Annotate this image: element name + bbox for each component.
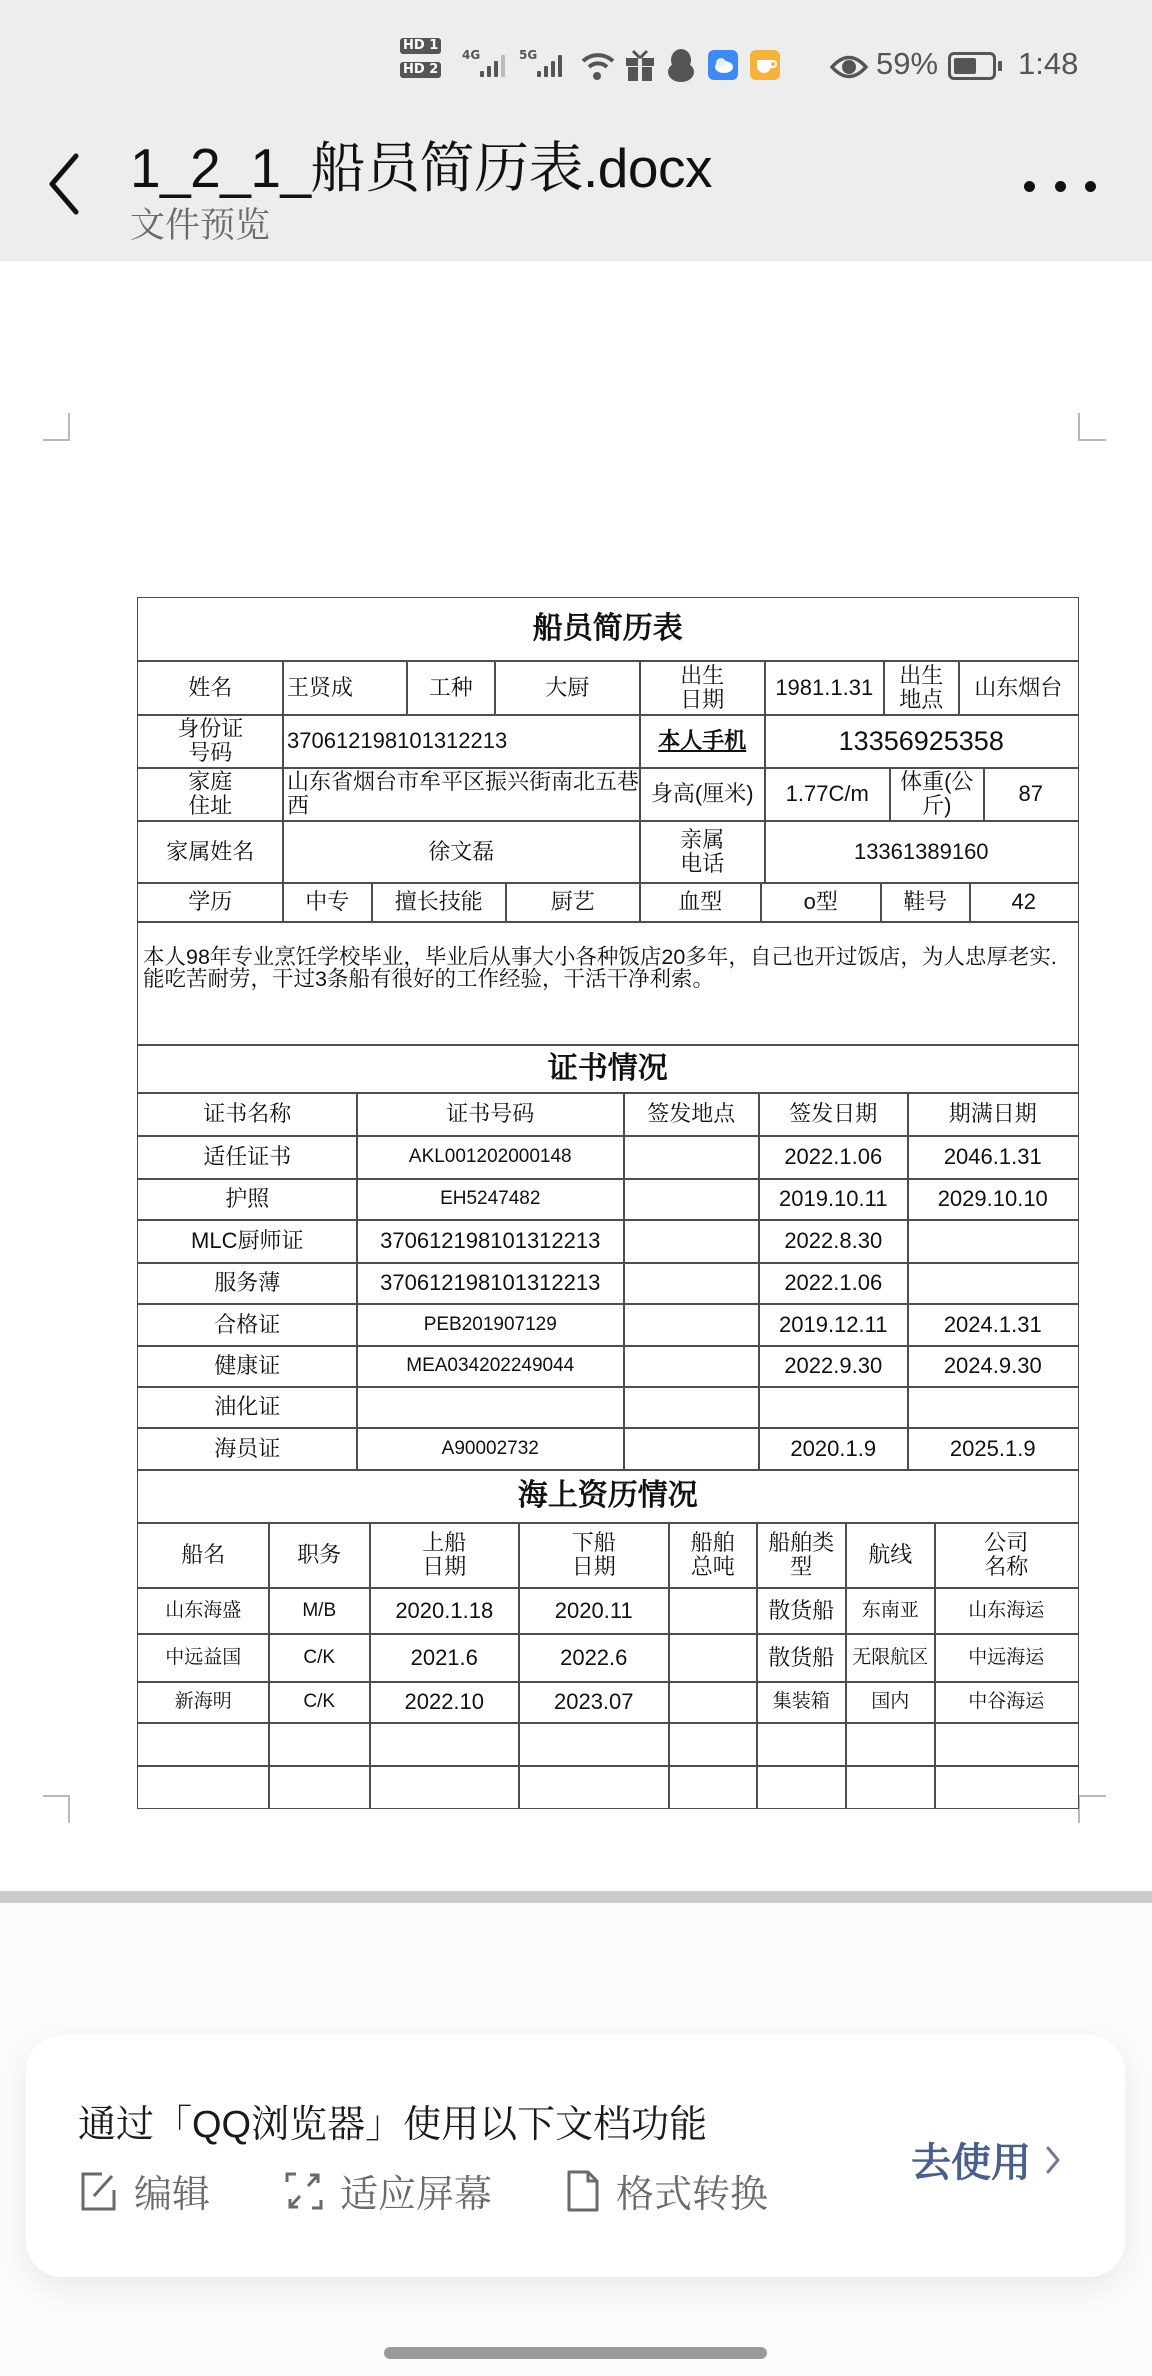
cell-job: 大厨 [494, 660, 641, 716]
more-options-button[interactable] [1024, 170, 1096, 202]
cell-phone: 13356925358 [764, 714, 1079, 769]
cell-shoe-label: 鞋号 [880, 882, 971, 923]
cell-text: 2020.11 [555, 1599, 633, 1623]
cell-text: 职务 [297, 1543, 341, 1567]
dot [1055, 181, 1066, 192]
cell-name-label: 姓名 [137, 660, 284, 716]
feature-edit[interactable]: 编辑 [80, 2163, 210, 2218]
cell-text: 家庭住址 [188, 770, 232, 818]
cell-text: 油化证 [214, 1395, 280, 1419]
page-corner-mark [43, 1795, 70, 1823]
sea-row-cell [137, 1722, 270, 1767]
cell-text: 学历 [188, 890, 232, 914]
edit-icon [80, 2170, 118, 2212]
cell-address-label: 家庭住址 [137, 767, 284, 822]
cell-weight-label: 体重(公斤) [889, 767, 985, 822]
cell-text: 亲属电话 [680, 828, 724, 876]
cell-text: PEB201907129 [424, 1313, 557, 1337]
network-5g-label: 5G [519, 48, 537, 62]
sea-row-cell: C/K [268, 1633, 371, 1683]
sea-row-cell [369, 1722, 520, 1767]
cell-text: 2023.07 [554, 1690, 634, 1714]
signal-bars-icon [480, 55, 505, 77]
gift-icon [623, 48, 657, 82]
sea-row-cell: 国内 [845, 1681, 936, 1724]
cell-text: 出生地点 [899, 664, 943, 712]
signal-bars-icon [537, 55, 562, 77]
feature-format-convert[interactable]: 格式转换 [566, 2163, 768, 2218]
cell-text: 2020.1.9 [790, 1437, 876, 1461]
cert-row-cell: 海员证 [137, 1427, 358, 1471]
clock: 1:48 [1018, 46, 1078, 82]
sea-row-cell [137, 1765, 270, 1809]
cell-text: 船员简历表 [533, 617, 683, 641]
feature-fit-screen-label: 适应屏幕 [340, 2163, 492, 2218]
section-title-certificates: 证书情况 [137, 1044, 1079, 1094]
sea-row-cell: 2021.6 [369, 1633, 520, 1683]
feature-fit-screen[interactable]: 适应屏幕 [284, 2163, 492, 2218]
sea-row-cell [845, 1765, 936, 1809]
sea-row-cell: 无限航区 [845, 1633, 936, 1683]
document-heading: 船员简历表 [137, 597, 1079, 662]
cell-text: 本人手机 [658, 729, 746, 753]
cell-text: 无限航区 [852, 1646, 928, 1670]
cell-birthplace-label: 出生地点 [883, 660, 960, 716]
cell-skill-label: 擅长技能 [371, 882, 507, 923]
cert-row-cell: 2022.8.30 [758, 1219, 909, 1264]
cert-row-cell: 护照 [137, 1178, 358, 1221]
cell-text: 健康证 [214, 1354, 280, 1378]
dot [1085, 181, 1096, 192]
sea-row-cell [756, 1722, 847, 1767]
cell-text: 370612198101312213 [380, 1271, 600, 1295]
cell-text: 徐文磊 [428, 840, 494, 864]
cert-row-cell: 370612198101312213 [356, 1262, 625, 1305]
cell-name: 王贤成 [282, 660, 408, 716]
cell-text: 本人98年专业烹饪学校毕业，毕业后从事大小各种饭店20多年，自己也开过饭店，为人… [143, 946, 1074, 990]
cell-blood-label: 血型 [639, 882, 762, 923]
cell-text: 2022.8.30 [784, 1229, 882, 1253]
cell-text: 适任证书 [203, 1145, 291, 1169]
cert-row-cell: 2046.1.31 [907, 1135, 1079, 1180]
cert-row-cell: 2019.12.11 [758, 1303, 909, 1347]
sea-row-cell: 中远益国 [137, 1633, 270, 1683]
sea-header-cell: 船名 [137, 1522, 270, 1589]
sea-row-cell: 东南亚 [845, 1587, 936, 1635]
cell-text: 山东海盛 [165, 1599, 241, 1623]
cell-birthdate-label: 出生日期 [639, 660, 766, 716]
cell-text: 航线 [868, 1543, 912, 1567]
cell-text: 鞋号 [903, 890, 947, 914]
cell-text: 公司名称 [984, 1531, 1028, 1579]
cell-text: 下船日期 [572, 1531, 616, 1579]
sea-header-cell: 下船日期 [518, 1522, 670, 1589]
more-horizontal-icon [1024, 181, 1035, 192]
cell-id: 370612198101312213 [282, 714, 641, 769]
sea-row-cell [934, 1765, 1079, 1809]
sea-row-cell: 2023.07 [518, 1681, 670, 1724]
cloud-app-icon [708, 50, 738, 80]
cert-row-cell: A90002732 [356, 1427, 625, 1471]
cell-text: 山东烟台 [974, 676, 1062, 700]
cell-text: AKL001202000148 [409, 1145, 572, 1169]
cell-text: 2022.10 [404, 1690, 484, 1714]
cell-height: 1.77C/m [764, 767, 891, 822]
cert-row-cell [623, 1135, 760, 1180]
cell-text: 姓名 [188, 676, 232, 700]
cell-text: 2022.1.06 [784, 1271, 882, 1295]
cell-text: 2019.10.11 [779, 1187, 887, 1211]
cell-text: 合格证 [214, 1313, 280, 1337]
sea-row-cell: M/B [268, 1587, 371, 1635]
cert-header-cell: 证书号码 [356, 1092, 625, 1137]
cell-text: 87 [1019, 782, 1043, 806]
wifi-icon [580, 50, 616, 82]
sea-row-cell: 2022.6 [518, 1633, 670, 1683]
cert-row-cell [907, 1386, 1079, 1429]
cell-text: 血型 [678, 890, 722, 914]
cell-text: 2019.12.11 [779, 1313, 887, 1337]
cell-text: 国内 [871, 1690, 909, 1714]
sea-row-cell [934, 1722, 1079, 1767]
cert-row-cell: 2022.1.06 [758, 1262, 909, 1305]
cell-text: M/B [302, 1599, 336, 1623]
cell-weight: 87 [983, 767, 1079, 822]
cert-row-cell: 2029.10.10 [907, 1178, 1079, 1221]
cell-text: 证书号码 [446, 1102, 534, 1126]
cell-text: A90002732 [442, 1437, 539, 1461]
cell-text: 2022.1.06 [784, 1145, 882, 1169]
cell-text: 2046.1.31 [944, 1145, 1042, 1169]
cell-family-phone-label: 亲属电话 [639, 820, 766, 884]
cert-row-cell: 2020.1.9 [758, 1427, 909, 1471]
feature-edit-label: 编辑 [134, 2163, 210, 2218]
cert-row-cell: 油化证 [137, 1386, 358, 1429]
cell-text: 2029.10.10 [938, 1187, 1048, 1211]
qq-penguin-icon [666, 48, 696, 82]
cell-text: 大厨 [545, 676, 589, 700]
sea-row-cell: 山东海盛 [137, 1587, 270, 1635]
document-subtitle: 文件预览 [130, 198, 270, 248]
self-description: 本人98年专业烹饪学校毕业，毕业后从事大小各种饭店20多年，自己也开过饭店，为人… [137, 921, 1079, 1046]
cert-row-cell [758, 1386, 909, 1429]
sea-row-cell: 山东海运 [934, 1587, 1079, 1635]
cert-row-cell: 370612198101312213 [356, 1219, 625, 1264]
back-button[interactable] [40, 150, 90, 216]
cert-row-cell [623, 1386, 760, 1429]
sea-row-cell: C/K [268, 1681, 371, 1724]
cell-text: o型 [804, 890, 838, 914]
cell-text: 42 [1012, 890, 1036, 914]
cell-edu-label: 学历 [137, 882, 284, 923]
sea-row-cell: 散货船 [756, 1633, 847, 1683]
cell-shoe: 42 [969, 882, 1079, 923]
cell-text: 家属姓名 [166, 840, 254, 864]
cell-job-label: 工种 [406, 660, 496, 716]
qq-browser-promo-card: 通过「QQ浏览器」使用以下文档功能 编辑 适应屏幕 格式转换 去使用 [26, 2035, 1125, 2277]
cell-text: 身高(厘米) [651, 782, 754, 806]
cell-text: 体重(公斤) [900, 770, 973, 818]
cert-row-cell: 2024.9.30 [907, 1345, 1079, 1388]
sim1-badge: HD 1 [400, 38, 441, 54]
cell-text: 1981.1.31 [775, 676, 873, 700]
cert-row-cell [907, 1219, 1079, 1264]
cert-row-cell [907, 1262, 1079, 1305]
cell-text: 服务薄 [214, 1271, 280, 1295]
document-title: 1_2_1_船员简历表.docx [130, 124, 712, 203]
page-corner-mark [43, 413, 70, 441]
sea-header-cell: 船舶类型 [756, 1522, 847, 1589]
sea-row-cell [268, 1765, 371, 1809]
page-separator [0, 1891, 1152, 1903]
sea-row-cell: 中远海运 [934, 1633, 1079, 1683]
cell-text: 船名 [181, 1543, 225, 1567]
network-4g-label: 4G [462, 48, 480, 62]
sea-row-cell: 中谷海运 [934, 1681, 1079, 1724]
cell-family-phone: 13361389160 [764, 820, 1079, 884]
cell-text: 2024.1.31 [944, 1313, 1042, 1337]
cell-text: 签发日期 [789, 1102, 877, 1126]
cell-text: EH5247482 [440, 1187, 540, 1211]
cell-text: 船舶总吨 [691, 1531, 735, 1579]
cell-text: 中谷海运 [968, 1690, 1044, 1714]
cell-text: 山东省烟台市牟平区振兴街南北五巷西 [287, 770, 640, 818]
file-convert-icon [566, 2169, 600, 2213]
sea-row-cell: 散货船 [756, 1587, 847, 1635]
cell-text: 证书情况 [548, 1057, 668, 1081]
battery-icon [948, 52, 996, 80]
cert-row-cell: 服务薄 [137, 1262, 358, 1305]
cert-row-cell: AKL001202000148 [356, 1135, 625, 1180]
sea-row-cell: 集装箱 [756, 1681, 847, 1724]
sim-indicators: HD 1 HD 2 [400, 38, 452, 86]
cell-text: 中远益国 [165, 1646, 241, 1670]
cell-text: 2022.9.30 [784, 1354, 882, 1378]
cert-row-cell: 健康证 [137, 1345, 358, 1388]
cert-header-cell: 证书名称 [137, 1092, 358, 1137]
cell-text: MLC厨师证 [191, 1229, 303, 1253]
cell-text: 1.77C/m [786, 782, 869, 806]
page-corner-mark [1078, 413, 1106, 441]
sea-row-cell [268, 1722, 371, 1767]
cert-row-cell: 2022.9.30 [758, 1345, 909, 1388]
cup-app-icon [750, 50, 780, 80]
cell-text: 散货船 [768, 1599, 834, 1623]
cell-family: 徐文磊 [282, 820, 641, 884]
sea-header-cell: 航线 [845, 1522, 936, 1589]
cert-row-cell [623, 1178, 760, 1221]
cell-text: 护照 [225, 1187, 269, 1211]
battery-percent: 59% [876, 46, 938, 82]
sea-row-cell [756, 1765, 847, 1809]
cert-row-cell [356, 1386, 625, 1429]
sea-row-cell [518, 1722, 670, 1767]
chevron-right-icon [1045, 2145, 1061, 2175]
sea-row-cell: 新海明 [137, 1681, 270, 1724]
cell-birthdate: 1981.1.31 [764, 660, 885, 716]
cell-edu: 中专 [282, 882, 373, 923]
sea-header-cell: 职务 [268, 1522, 371, 1589]
cell-birthplace: 山东烟台 [958, 660, 1079, 716]
feature-format-convert-label: 格式转换 [616, 2163, 768, 2218]
cell-text: C/K [303, 1646, 335, 1670]
cell-text: C/K [303, 1690, 335, 1714]
cell-family-label: 家属姓名 [137, 820, 284, 884]
cert-row-cell [623, 1219, 760, 1264]
cell-phone-label: 本人手机 [639, 714, 766, 769]
cell-id-label: 身份证号码 [137, 714, 284, 769]
cell-text: 山东海运 [968, 1599, 1044, 1623]
cell-text: 期满日期 [949, 1102, 1037, 1126]
cell-text: 2021.6 [411, 1646, 478, 1670]
cert-header-cell: 签发地点 [623, 1092, 760, 1137]
sim2-badge: HD 2 [400, 62, 441, 78]
cell-text: 海上资历情况 [518, 1484, 698, 1508]
eye-comfort-icon [830, 54, 868, 80]
go-use-button[interactable]: 去使用 [911, 2131, 1061, 2188]
cell-text: 擅长技能 [395, 890, 483, 914]
cert-row-cell [623, 1427, 760, 1471]
cell-text: 身份证号码 [177, 717, 243, 765]
sea-header-cell: 船舶总吨 [668, 1522, 758, 1589]
top-app-bar: HD 1 HD 2 4G 5G 59% 1:48 1_2_1_船员简历表.doc… [0, 0, 1152, 261]
cert-row-cell [623, 1262, 760, 1305]
cell-text: 证书名称 [203, 1102, 291, 1126]
cell-blood: o型 [760, 882, 882, 923]
cell-text: 集装箱 [773, 1690, 830, 1714]
cell-text: 中远海运 [968, 1646, 1044, 1670]
cell-address: 山东省烟台市牟平区振兴街南北五巷西 [282, 767, 641, 822]
cert-header-cell: 签发日期 [758, 1092, 909, 1137]
sea-header-cell: 上船日期 [369, 1522, 520, 1589]
sea-row-cell [845, 1722, 936, 1767]
section-title-sea-service: 海上资历情况 [137, 1469, 1079, 1524]
cell-text: MEA034202249044 [406, 1354, 574, 1378]
cell-text: 厨艺 [551, 890, 595, 914]
cell-text: 上船日期 [422, 1531, 466, 1579]
page-corner-mark [1078, 1795, 1106, 1823]
sea-row-cell [668, 1765, 758, 1809]
cell-text: 13356925358 [839, 729, 1004, 753]
cell-skill: 厨艺 [505, 882, 641, 923]
cell-text: 370612198101312213 [380, 1229, 600, 1253]
cell-text: 王贤成 [287, 676, 353, 700]
cell-text: 新海明 [175, 1690, 232, 1714]
sea-row-cell: 2020.11 [518, 1587, 670, 1635]
cert-row-cell [623, 1303, 760, 1347]
cell-text: 13361389160 [854, 840, 989, 864]
sea-row-cell [369, 1765, 520, 1809]
cert-row-cell: 2022.1.06 [758, 1135, 909, 1180]
sea-row-cell: 2022.10 [369, 1681, 520, 1724]
cert-row-cell: 适任证书 [137, 1135, 358, 1180]
promo-title: 通过「QQ浏览器」使用以下文档功能 [78, 2093, 707, 2148]
cell-text: 2025.1.9 [950, 1437, 1036, 1461]
home-indicator[interactable] [384, 2347, 767, 2359]
cell-text: 中专 [305, 890, 349, 914]
cert-row-cell: 2019.10.11 [758, 1178, 909, 1221]
cert-row-cell: PEB201907129 [356, 1303, 625, 1347]
cell-text: 海员证 [214, 1437, 280, 1461]
cell-text: 370612198101312213 [287, 729, 507, 753]
sea-row-cell: 2020.1.18 [369, 1587, 520, 1635]
cert-row-cell: MLC厨师证 [137, 1219, 358, 1264]
sea-header-cell: 公司名称 [934, 1522, 1079, 1589]
cert-row-cell [623, 1345, 760, 1388]
sea-row-cell [668, 1587, 758, 1635]
cell-text: 出生日期 [680, 664, 724, 712]
go-use-label: 去使用 [911, 2131, 1031, 2188]
cell-text: 散货船 [768, 1646, 834, 1670]
cell-text: 2022.6 [560, 1646, 627, 1670]
cell-height-label: 身高(厘米) [639, 767, 766, 822]
cell-text: 工种 [429, 676, 473, 700]
cell-text: 签发地点 [647, 1102, 735, 1126]
cell-text: 2024.9.30 [944, 1354, 1042, 1378]
sea-row-cell [668, 1681, 758, 1724]
sea-row-cell [668, 1722, 758, 1767]
cert-row-cell: MEA034202249044 [356, 1345, 625, 1388]
cert-header-cell: 期满日期 [907, 1092, 1079, 1137]
fit-screen-icon [284, 2170, 324, 2212]
cert-row-cell: 合格证 [137, 1303, 358, 1347]
cert-row-cell: EH5247482 [356, 1178, 625, 1221]
cell-text: 2020.1.18 [395, 1599, 493, 1623]
sea-row-cell [518, 1765, 670, 1809]
cell-text: 船舶类型 [768, 1531, 834, 1579]
cert-row-cell: 2024.1.31 [907, 1303, 1079, 1347]
sea-row-cell [668, 1633, 758, 1683]
cell-text: 东南亚 [862, 1599, 919, 1623]
cert-row-cell: 2025.1.9 [907, 1427, 1079, 1471]
chevron-left-icon [52, 156, 76, 212]
